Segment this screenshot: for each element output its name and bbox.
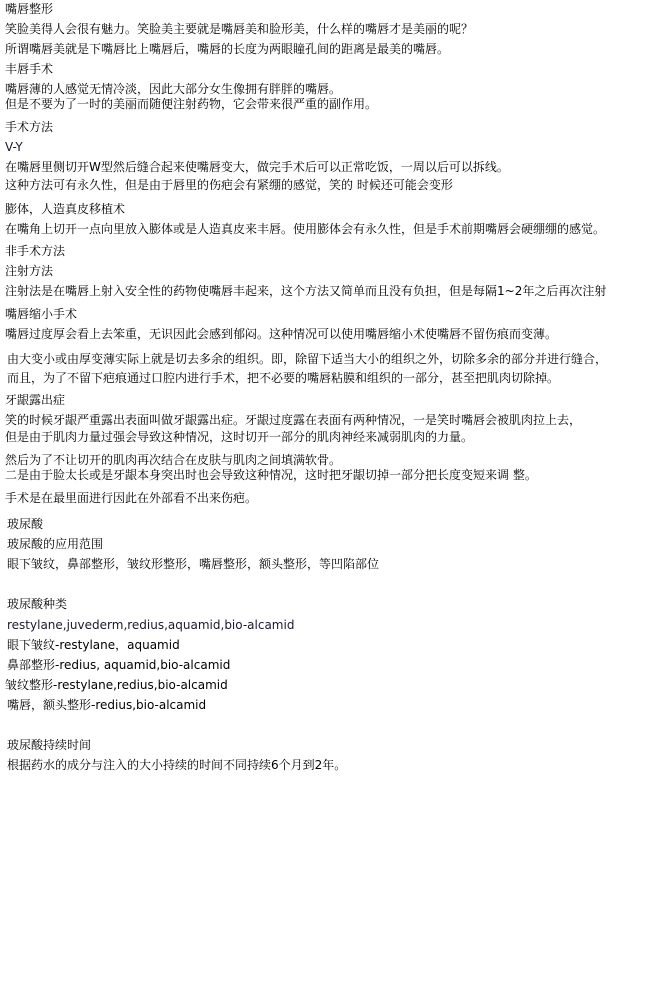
heading-injection: 注射方法	[5, 263, 53, 280]
heading-non-surgical: 非手术方法	[5, 243, 65, 260]
heading-lip-reshaping: 嘴唇整形	[5, 1, 53, 18]
list-item: 皱纹整形-restylane,redius,bio-alcamid	[5, 677, 228, 694]
paragraph-line: 所谓嘴唇美就是下嘴唇比上嘴唇后，嘴唇的长度为两眼瞳孔间的距离是最美的嘴唇。	[5, 41, 449, 58]
heading-hyaluronic-acid: 玻尿酸	[7, 516, 43, 533]
paragraph-line: 而且，为了不留下疤痕通过口腔内进行手术，把不必要的嘴唇粘膜和组织的一部分，甚至把…	[7, 370, 559, 387]
paragraph-line: 笑脸美得人会很有魅力。笑脸美主要就是嘴唇美和脸形美，什么样的嘴唇才是美丽的呢？	[5, 21, 473, 38]
paragraph-line: 笑的时候牙龈严重露出表面叫做牙龈露出症。牙龈过度露在表面有两种情况，一是笑时嘴唇…	[5, 412, 581, 429]
paragraph-line: 嘴唇过度厚会看上去笨重，无识因此会感到郁闷。这种情况可以使用嘴唇缩小术使嘴唇不留…	[5, 326, 557, 343]
heading-duration: 玻尿酸持续时间	[7, 737, 91, 754]
paragraph-line: 在嘴角上切开一点向里放入膨体或是人造真皮来丰唇。使用膨体会有永久性，但是手术前期…	[5, 221, 605, 238]
heading-application-range: 玻尿酸的应用范围	[7, 536, 103, 553]
heading-implant: 膨体，人造真皮移植术	[5, 201, 125, 218]
list-item: 嘴唇，额头整形-redius,bio-alcamid	[7, 697, 206, 714]
heading-lip-augmentation: 丰唇手术	[5, 61, 53, 78]
paragraph-line: 但是不要为了一时的美丽而随便注射药物，它会带来很严重的副作用。	[5, 96, 377, 113]
heading-gummy-smile: 牙龈露出症	[5, 392, 65, 409]
paragraph-line: 二是由于脸太长或是牙龈本身突出时也会导致这种情况，这时把牙龈切掉一部分把长度变短…	[5, 467, 537, 484]
list-item: 鼻部整形-redius, aquamid,bio-alcamid	[7, 657, 230, 674]
paragraph-line: 眼下皱纹，鼻部整形，皱纹形整形，嘴唇整形，额头整形，等凹陷部位	[7, 556, 379, 573]
heading-surgical-methods: 手术方法	[5, 119, 53, 136]
heading-v-y: V-Y	[5, 139, 23, 156]
heading-lip-reduction: 嘴唇缩小手术	[5, 306, 77, 323]
list-item: 眼下皱纹-restylane，aquamid	[7, 637, 180, 654]
document-body: 嘴唇整形 笑脸美得人会很有魅力。笑脸美主要就是嘴唇美和脸形美，什么样的嘴唇才是美…	[0, 0, 660, 1000]
heading-hyaluronic-types: 玻尿酸种类	[7, 596, 67, 613]
paragraph-line: 由大变小或由厚变薄实际上就是切去多余的组织。即，除留下适当大小的组织之外，切除多…	[7, 351, 607, 368]
list-item: restylane,juvederm,redius,aquamid,bio-al…	[7, 617, 294, 634]
paragraph-line: 手术是在最里面进行因此在外部看不出来伤疤。	[5, 490, 257, 507]
paragraph-line: 这种方法可有永久性，但是由于唇里的伤疤会有紧绷的感觉，笑的 时候还可能会变形	[5, 177, 453, 194]
paragraph-line: 在嘴唇里侧切开W型然后缝合起来使嘴唇变大，做完手术后可以正常吃饭，一周以后可以拆…	[5, 159, 509, 176]
paragraph-line: 根据药水的成分与注入的大小持续的时间不同持续6个月到2年。	[7, 757, 346, 774]
paragraph-line: 注射法是在嘴唇上射入安全性的药物使嘴唇丰起来，这个方法又简单而且没有负担，但是每…	[5, 283, 606, 300]
paragraph-line: 但是由于肌肉力量过强会导致这种情况，这时切开一部分的肌肉神经来减弱肌肉的力量。	[5, 429, 473, 446]
